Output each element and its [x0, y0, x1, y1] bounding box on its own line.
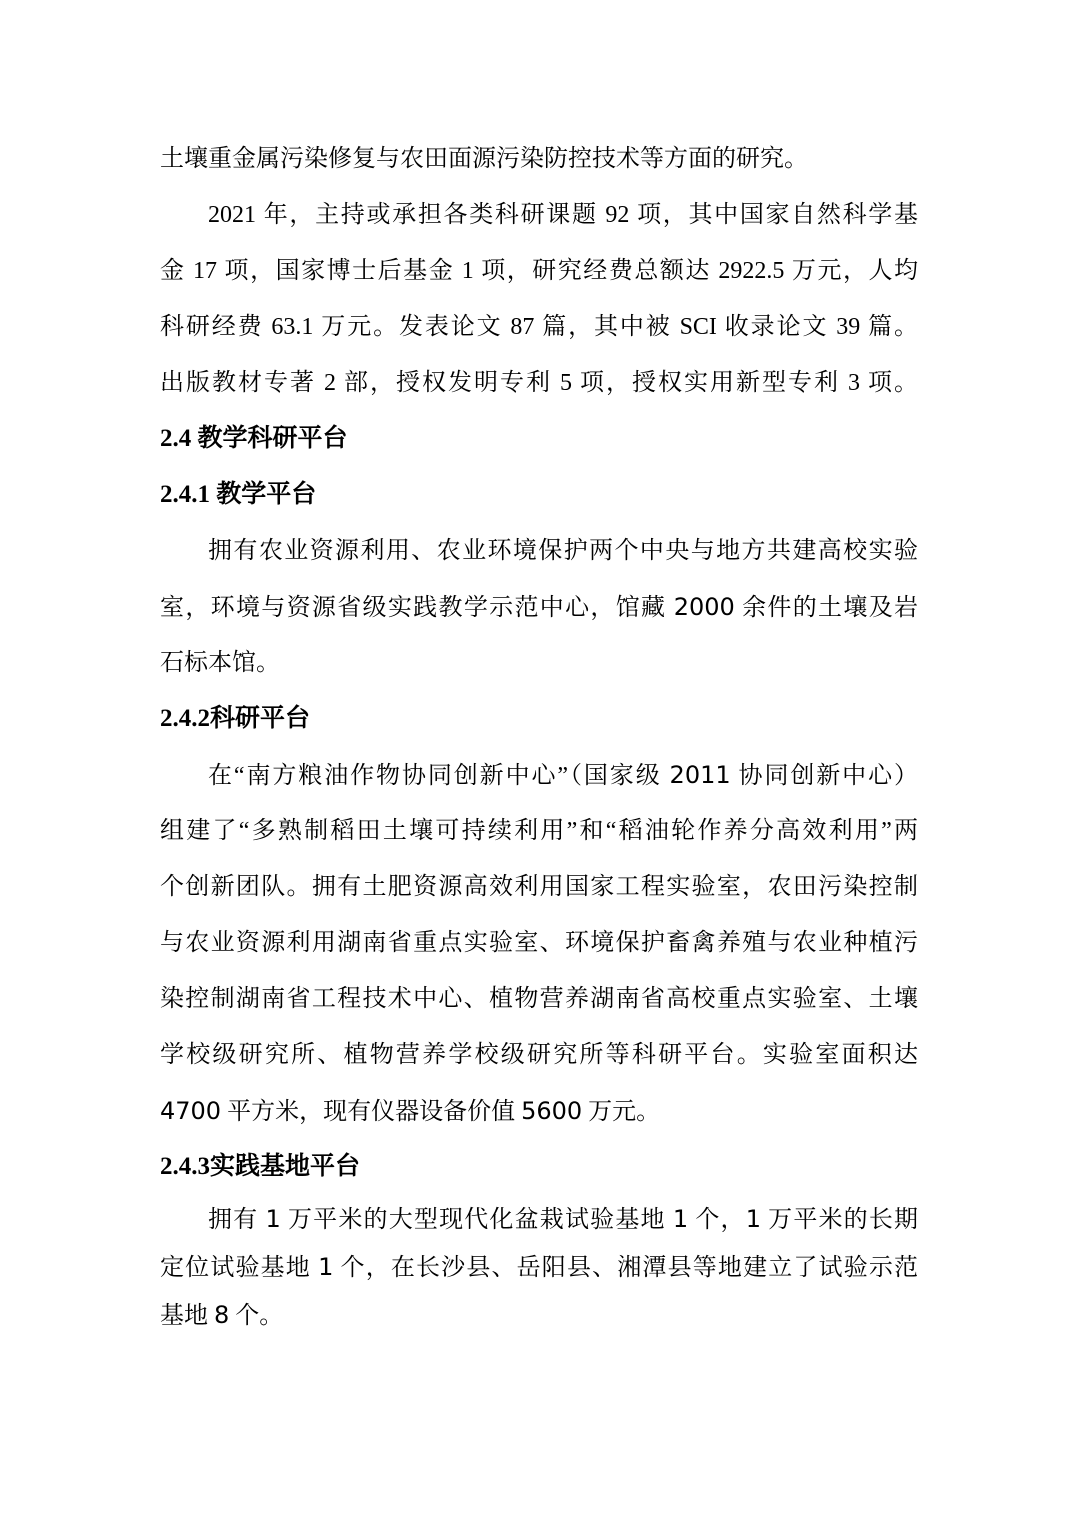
text-run: 2.4.1 教学平台	[160, 481, 316, 508]
text-run: 2.4 教学科研平台	[160, 425, 348, 452]
text-line: 拥有农业资源利用、农业环境保护两个中央与地方共建高校实验	[160, 523, 918, 579]
text-run: 拥有农业资源利用、农业环境保护两个中央与地方共建高校实验	[208, 538, 918, 564]
text-run: 万元。	[582, 1099, 660, 1125]
text-run: 出版教材专著 2 部，授权发明专利 5 项，授权实用新型专利 3 项。	[160, 370, 918, 396]
text-run: 拥有	[208, 1207, 266, 1233]
heading-line: 2.4 教学科研平台	[160, 411, 918, 467]
heading-line: 2.4.1 教学平台	[160, 467, 918, 523]
text-line: 定位试验基地 1 个，在长沙县、岳阳县、湘潭县等地建立了试验示范	[160, 1243, 918, 1291]
text-run: 金 17 项，国家博士后基金 1 项，研究经费总额达 2922.5 万元，人均	[160, 258, 918, 284]
text-line: 学校级研究所、植物营养学校级研究所等科研平台。实验室面积达	[160, 1027, 918, 1083]
text-run: 石标本馆。	[160, 650, 280, 676]
text-run: 2.4.2科研平台	[160, 705, 310, 732]
text-run: 余件的土壤及岩	[735, 595, 918, 621]
text-run: 基地	[160, 1303, 214, 1329]
heading-line: 2.4.2科研平台	[160, 691, 918, 747]
text-run: 万平米的长期	[761, 1207, 918, 1233]
text-line: 染控制湖南省工程技术中心、植物营养湖南省高校重点实验室、土壤	[160, 971, 918, 1027]
text-run: 染控制湖南省工程技术中心、植物营养湖南省高校重点实验室、土壤	[160, 986, 918, 1012]
text-line: 石标本馆。	[160, 635, 918, 691]
text-line: 拥有 1 万平米的大型现代化盆栽试验基地 1 个，1 万平米的长期	[160, 1195, 918, 1243]
text-run: 万平米的大型现代化盆栽试验基地	[281, 1207, 673, 1233]
text-run: 2021 年，主持或承担各类科研课题 92 项，其中国家自然科学基	[208, 202, 918, 228]
text-line: 在“南方粮油作物协同创新中心”（国家级 2011 协同创新中心）	[160, 747, 918, 803]
text-run: 与农业资源利用湖南省重点实验室、环境保护畜禽养殖与农业种植污	[160, 930, 918, 956]
numeric-text-run: 1	[673, 1205, 688, 1233]
text-run: 学校级研究所、植物营养学校级研究所等科研平台。实验室面积达	[160, 1042, 918, 1068]
text-run: 2.4.3实践基地平台	[160, 1153, 360, 1180]
text-run: 个。	[229, 1303, 283, 1329]
numeric-text-run: 1	[746, 1205, 761, 1233]
numeric-text-run: 8	[214, 1301, 229, 1329]
text-line: 科研经费 63.1 万元。发表论文 87 篇，其中被 SCI 收录论文 39 篇…	[160, 299, 918, 355]
numeric-text-run: 2000	[674, 593, 735, 621]
text-run: 协同创新中心）	[731, 763, 918, 789]
text-run: 个，在长沙县、岳阳县、湘潭县等地建立了试验示范	[333, 1255, 918, 1281]
text-run: 科研经费 63.1 万元。发表论文 87 篇，其中被 SCI 收录论文 39 篇…	[160, 314, 918, 340]
text-line: 个创新团队。拥有土肥资源高效利用国家工程实验室，农田污染控制	[160, 859, 918, 915]
text-line: 土壤重金属污染修复与农田面源污染防控技术等方面的研究。	[160, 131, 918, 187]
heading-line: 2.4.3实践基地平台	[160, 1139, 918, 1195]
text-line: 金 17 项，国家博士后基金 1 项，研究经费总额达 2922.5 万元，人均	[160, 243, 918, 299]
text-run: 在“南方粮油作物协同创新中心”（国家级	[208, 763, 670, 789]
numeric-text-run: 1	[318, 1253, 333, 1281]
text-line: 4700 平方米，现有仪器设备价值 5600 万元。	[160, 1083, 918, 1139]
text-run: 个，	[688, 1207, 746, 1233]
text-line: 基地 8 个。	[160, 1291, 918, 1339]
numeric-text-run: 5600	[521, 1097, 582, 1125]
numeric-text-run: 2011	[670, 761, 731, 789]
text-run: 组建了“多熟制稻田土壤可持续利用”和“稻油轮作养分高效利用”两	[160, 818, 918, 844]
text-run: 室，环境与资源省级实践教学示范中心，馆藏	[160, 595, 674, 621]
numeric-text-run: 4700	[160, 1097, 221, 1125]
text-line: 组建了“多熟制稻田土壤可持续利用”和“稻油轮作养分高效利用”两	[160, 803, 918, 859]
text-line: 出版教材专著 2 部，授权发明专利 5 项，授权实用新型专利 3 项。	[160, 355, 918, 411]
document-page: 土壤重金属污染修复与农田面源污染防控技术等方面的研究。2021 年，主持或承担各…	[0, 0, 1074, 1520]
numeric-text-run: 1	[266, 1205, 281, 1233]
text-run: 个创新团队。拥有土肥资源高效利用国家工程实验室，农田污染控制	[160, 874, 918, 900]
text-line: 室，环境与资源省级实践教学示范中心，馆藏 2000 余件的土壤及岩	[160, 579, 918, 635]
text-block: 土壤重金属污染修复与农田面源污染防控技术等方面的研究。2021 年，主持或承担各…	[160, 131, 918, 1339]
text-run: 定位试验基地	[160, 1255, 318, 1281]
text-run: 平方米，现有仪器设备价值	[221, 1099, 521, 1125]
text-run: 土壤重金属污染修复与农田面源污染防控技术等方面的研究。	[160, 146, 808, 172]
text-line: 与农业资源利用湖南省重点实验室、环境保护畜禽养殖与农业种植污	[160, 915, 918, 971]
text-line: 2021 年，主持或承担各类科研课题 92 项，其中国家自然科学基	[160, 187, 918, 243]
